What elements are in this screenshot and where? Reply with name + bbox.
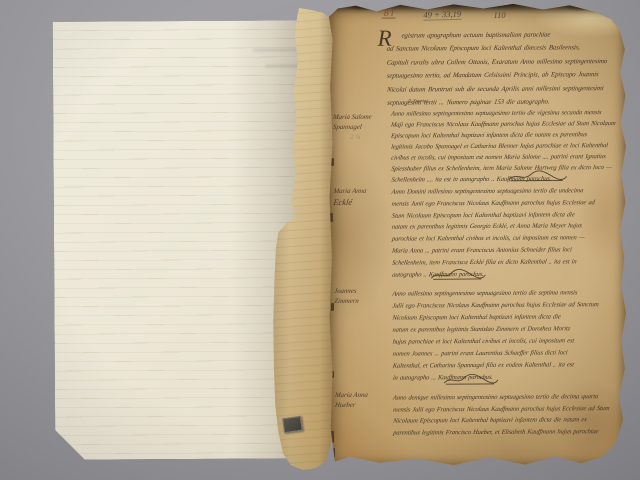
margin-name-line: Zimmern xyxy=(334,297,389,307)
margin-note-entry1: Maria Salome Spannagel xyxy=(332,113,386,133)
signature-flourish xyxy=(429,269,487,281)
manuscript-text-layer: B I 49 + 33,19 110 R egistrum apographum… xyxy=(327,2,627,467)
margin-name-line: Maria Anna xyxy=(333,187,388,197)
baptism-entry-3: Anno millesimo septingentesimo septuages… xyxy=(391,287,634,385)
margin-name-line: Maria Salome xyxy=(332,113,387,123)
manuscript-line: Nicolaum Episcopum loci Kaltenthal bapti… xyxy=(392,414,636,427)
margin-note-entry4: Maria Anna Hueber xyxy=(334,391,388,411)
manuscript-line: in autographo ... Kauffmann parochus. xyxy=(392,371,636,385)
page-number-annotation: 110 xyxy=(493,10,505,20)
margin-name-line: Hueber xyxy=(334,401,389,411)
margin-note-entry2: Maria Anna Ecklé xyxy=(333,187,387,207)
archive-code: B I xyxy=(381,8,395,19)
manuscript-line: Anno denique millesimo septingentesimo s… xyxy=(392,391,636,404)
margin-name-line: Ecklé xyxy=(333,197,388,207)
margin-name-line: Spannagel xyxy=(332,123,387,133)
register-heading: egistrum apographum actuum baptismalium … xyxy=(386,28,633,110)
signature-flourish xyxy=(442,374,500,386)
margin-name-line: Maria Anna xyxy=(334,391,389,401)
dark-fragment xyxy=(282,416,303,433)
manuscript-line: parentibus legitimis Francisco Hueber, e… xyxy=(392,425,636,438)
manuscript-line: autographo .. Kauffmann parochus. xyxy=(391,267,635,280)
caret-insertion: P. Domini xyxy=(408,99,428,104)
margin-note-entry3: Joannes Zimmern xyxy=(333,287,387,307)
archive-scan-background: B I 49 + 33,19 110 R egistrum apographum… xyxy=(0,0,640,480)
manuscript-line: septuagesimo tertio, ad Mandatum Celsiss… xyxy=(386,68,634,83)
baptism-entry-2: Anno Domini millesimo septingentesimo se… xyxy=(391,185,634,281)
signature-flourish xyxy=(507,170,569,182)
baptism-entry-4: Anno denique millesimo septingentesimo s… xyxy=(392,391,634,439)
pencil-annotation: 2 ¾ xyxy=(350,134,360,141)
margin-name-line: Joannes xyxy=(333,287,388,297)
sum-annotation: 49 + 33,19 xyxy=(423,9,461,21)
